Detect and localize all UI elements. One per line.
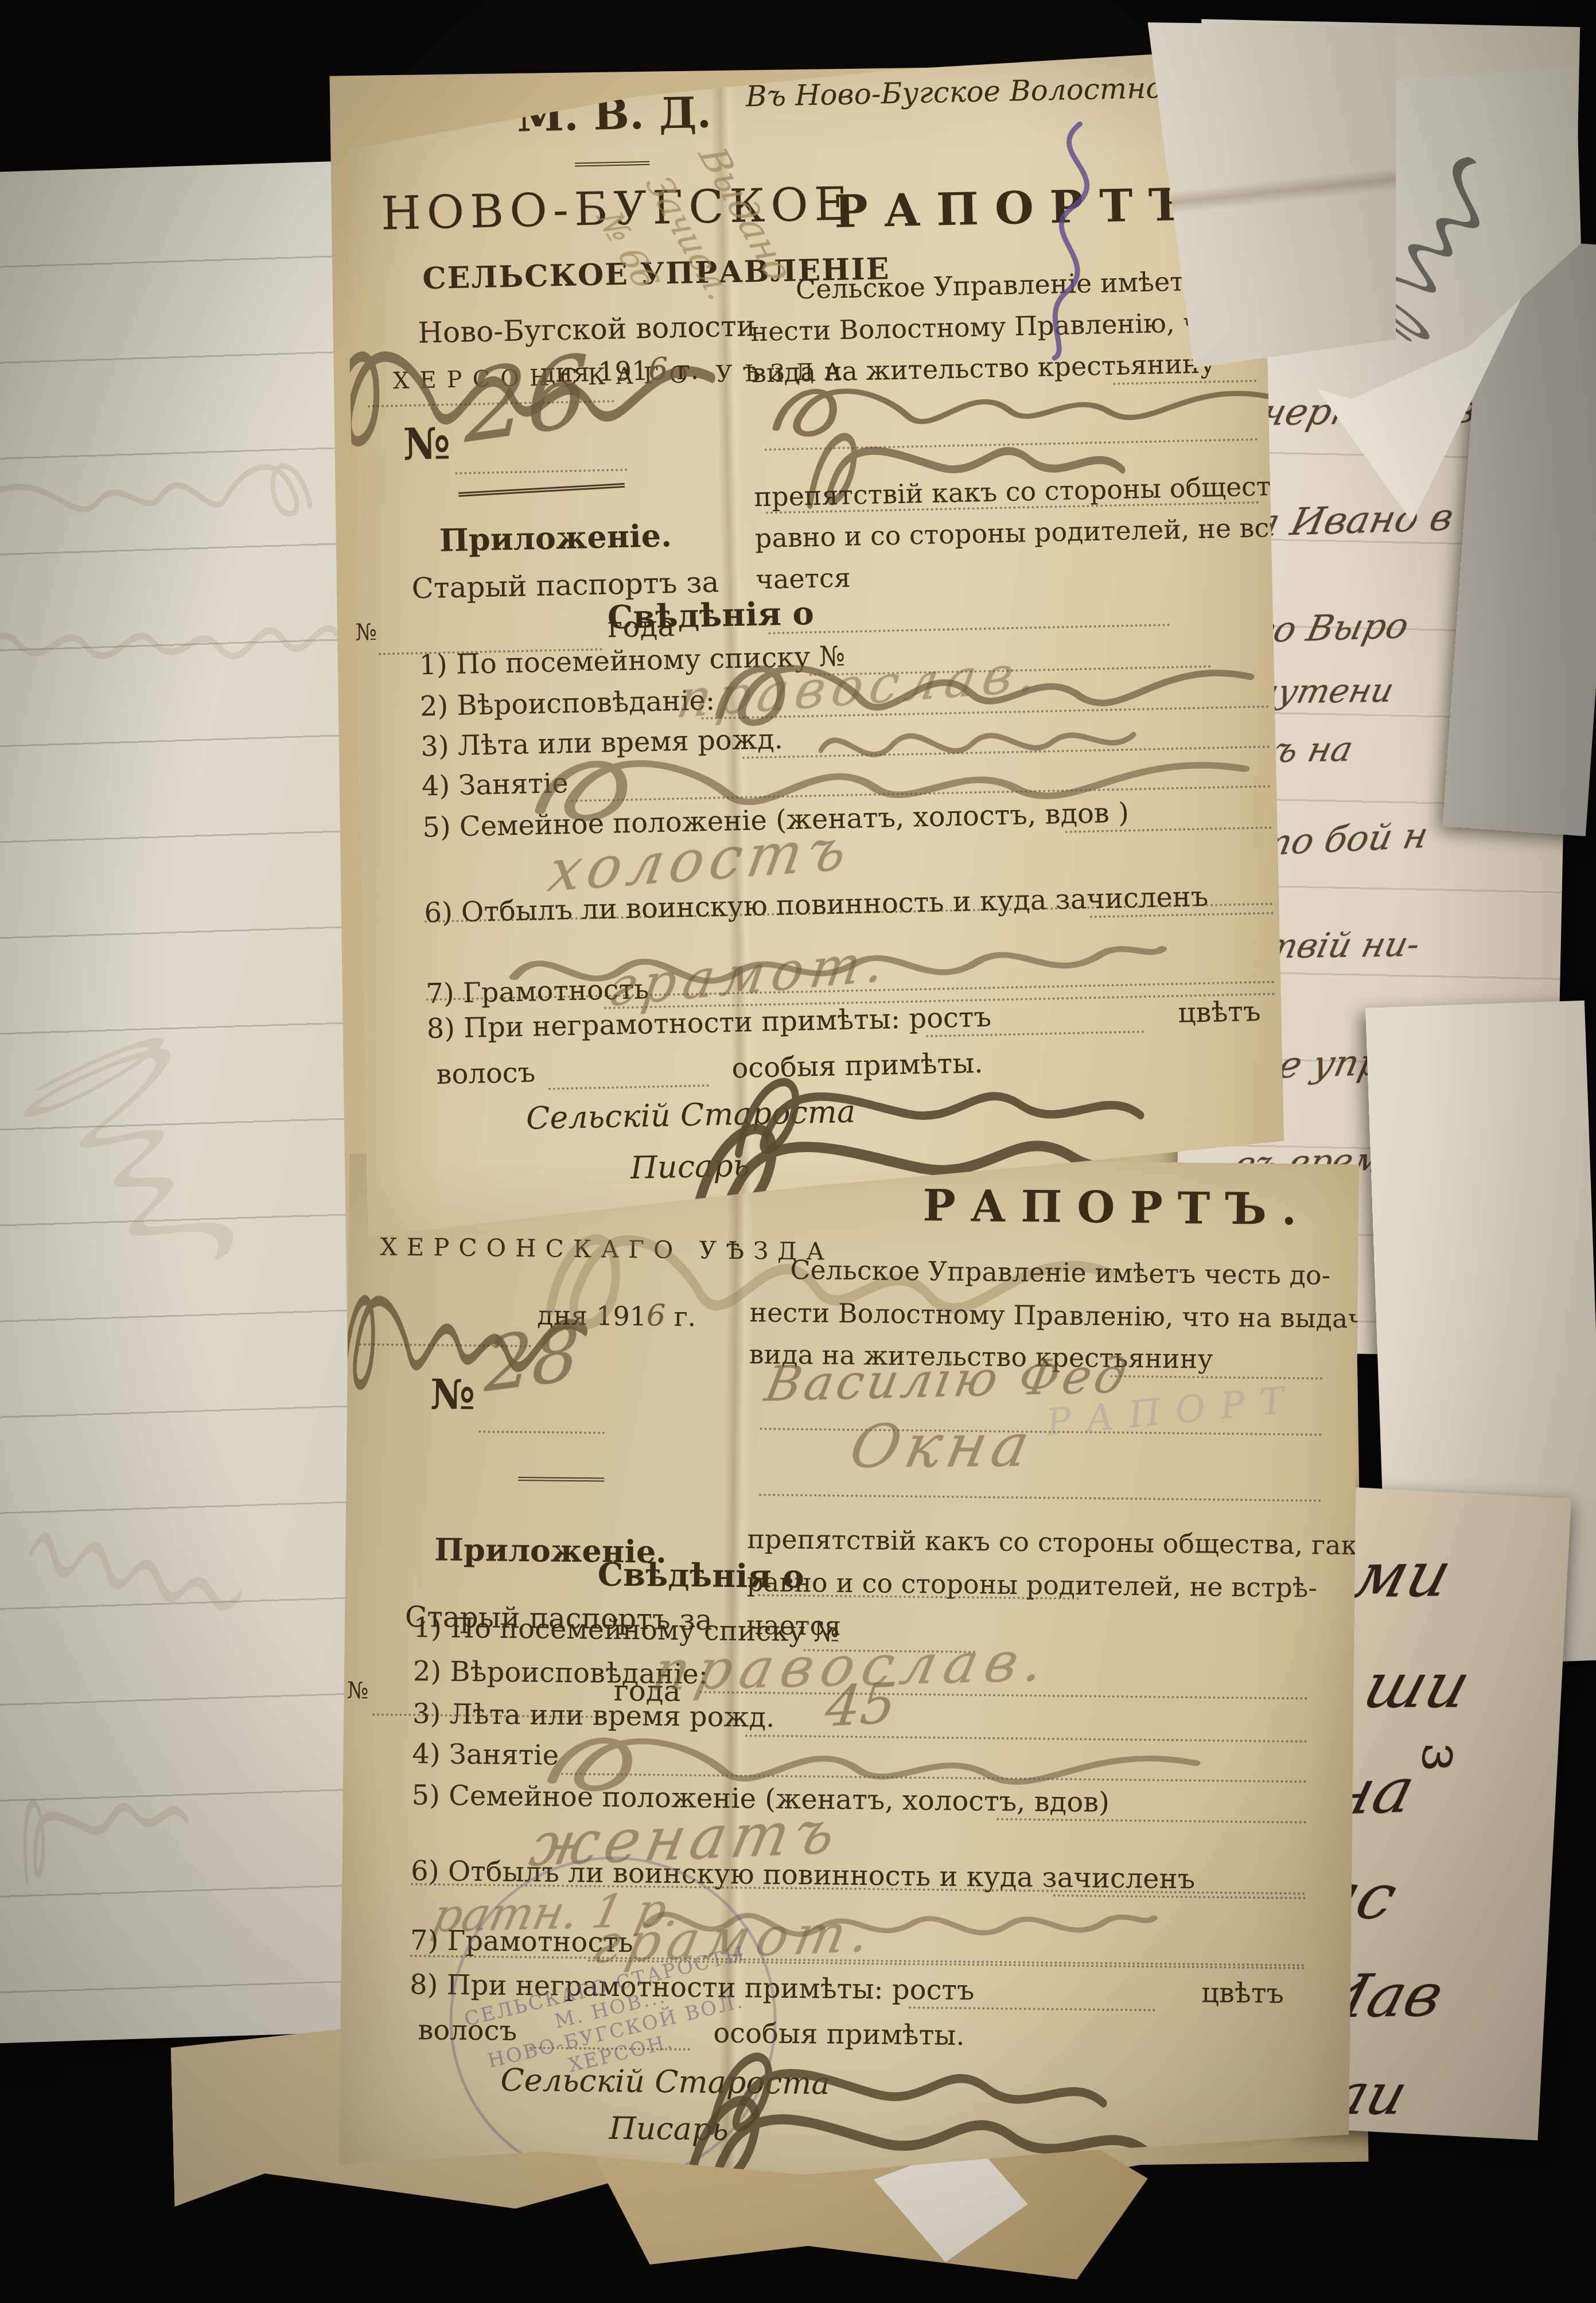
form2-margin-number: № <box>347 1679 368 1703</box>
form2-hw-name1: Василію Фед <box>761 1347 1134 1413</box>
archive-photo: его в ч. черны шевс на Ивано в лаго Выро… <box>0 0 1596 2303</box>
form2-body4: препятствій какъ со стороны общества, га… <box>747 1525 1375 1559</box>
report-form-2: ХЕРСОНСКАГО УѢЗДА дня 1916 г. № 28 Прило… <box>339 1154 1360 2185</box>
dotted-line <box>1110 1375 1322 1380</box>
dotted-line <box>759 1493 1321 1501</box>
scrap-fragment: ми <box>1345 1538 1459 1612</box>
form2-hw-name2: Окна <box>844 1410 1041 1481</box>
double-dash <box>518 1477 604 1482</box>
form2-body2: нести Волостному Правленію, что на выдач… <box>749 1298 1381 1333</box>
scrap-fragment: ши <box>1356 1650 1478 1722</box>
report-form-1: М. В. Д. НОВО-БУГСКОЕ СЕЛЬСКОЕ УПРАВЛЕНІ… <box>344 48 1286 1248</box>
dotted-line <box>996 1818 1306 1824</box>
form2-body1: Сельское Управленіе имѣетъ честь до- <box>790 1256 1330 1289</box>
form1-attachment-title: Приложеніе. <box>439 519 672 557</box>
dotted-line <box>909 2006 1155 2012</box>
ghost-writing-squiggle <box>0 574 349 701</box>
dotted-line <box>478 1430 605 1434</box>
form2-details-heading: Свѣдѣнія о <box>597 1558 804 1594</box>
form1-item8b: цвѣтъ <box>1178 997 1261 1028</box>
ghost-writing-squiggle <box>7 1750 198 1904</box>
form1-day-suffix: г. <box>676 354 699 386</box>
ghost-writing-squiggle <box>7 1461 264 1687</box>
form1-details-heading: Свѣдѣнія о <box>607 597 814 635</box>
form1-item2: 2) Вѣроисповѣданіе: <box>419 686 715 721</box>
form2-item4: 4) Занятіе <box>412 1740 559 1770</box>
scrap-fragment: з <box>1407 1737 1477 1776</box>
ghost-writing-squiggle <box>0 438 315 546</box>
form1-item8c: волосъ <box>436 1058 536 1089</box>
dotted-line <box>760 1427 1322 1436</box>
form1-number-label: № <box>403 421 451 468</box>
form1-hw-number: 26 <box>464 333 590 466</box>
form1-margin-number: № <box>355 620 377 645</box>
form1-body6: чается <box>756 564 851 594</box>
form2-item8b: цвѣтъ <box>1201 1978 1284 2008</box>
form1-hw-year: 6 <box>648 351 669 387</box>
dotted-line <box>548 1084 709 1090</box>
ghost-writing-squiggle <box>0 985 335 1336</box>
double-dash <box>575 161 649 167</box>
form2-number-label: № <box>430 1372 476 1416</box>
double-dash <box>458 483 625 497</box>
